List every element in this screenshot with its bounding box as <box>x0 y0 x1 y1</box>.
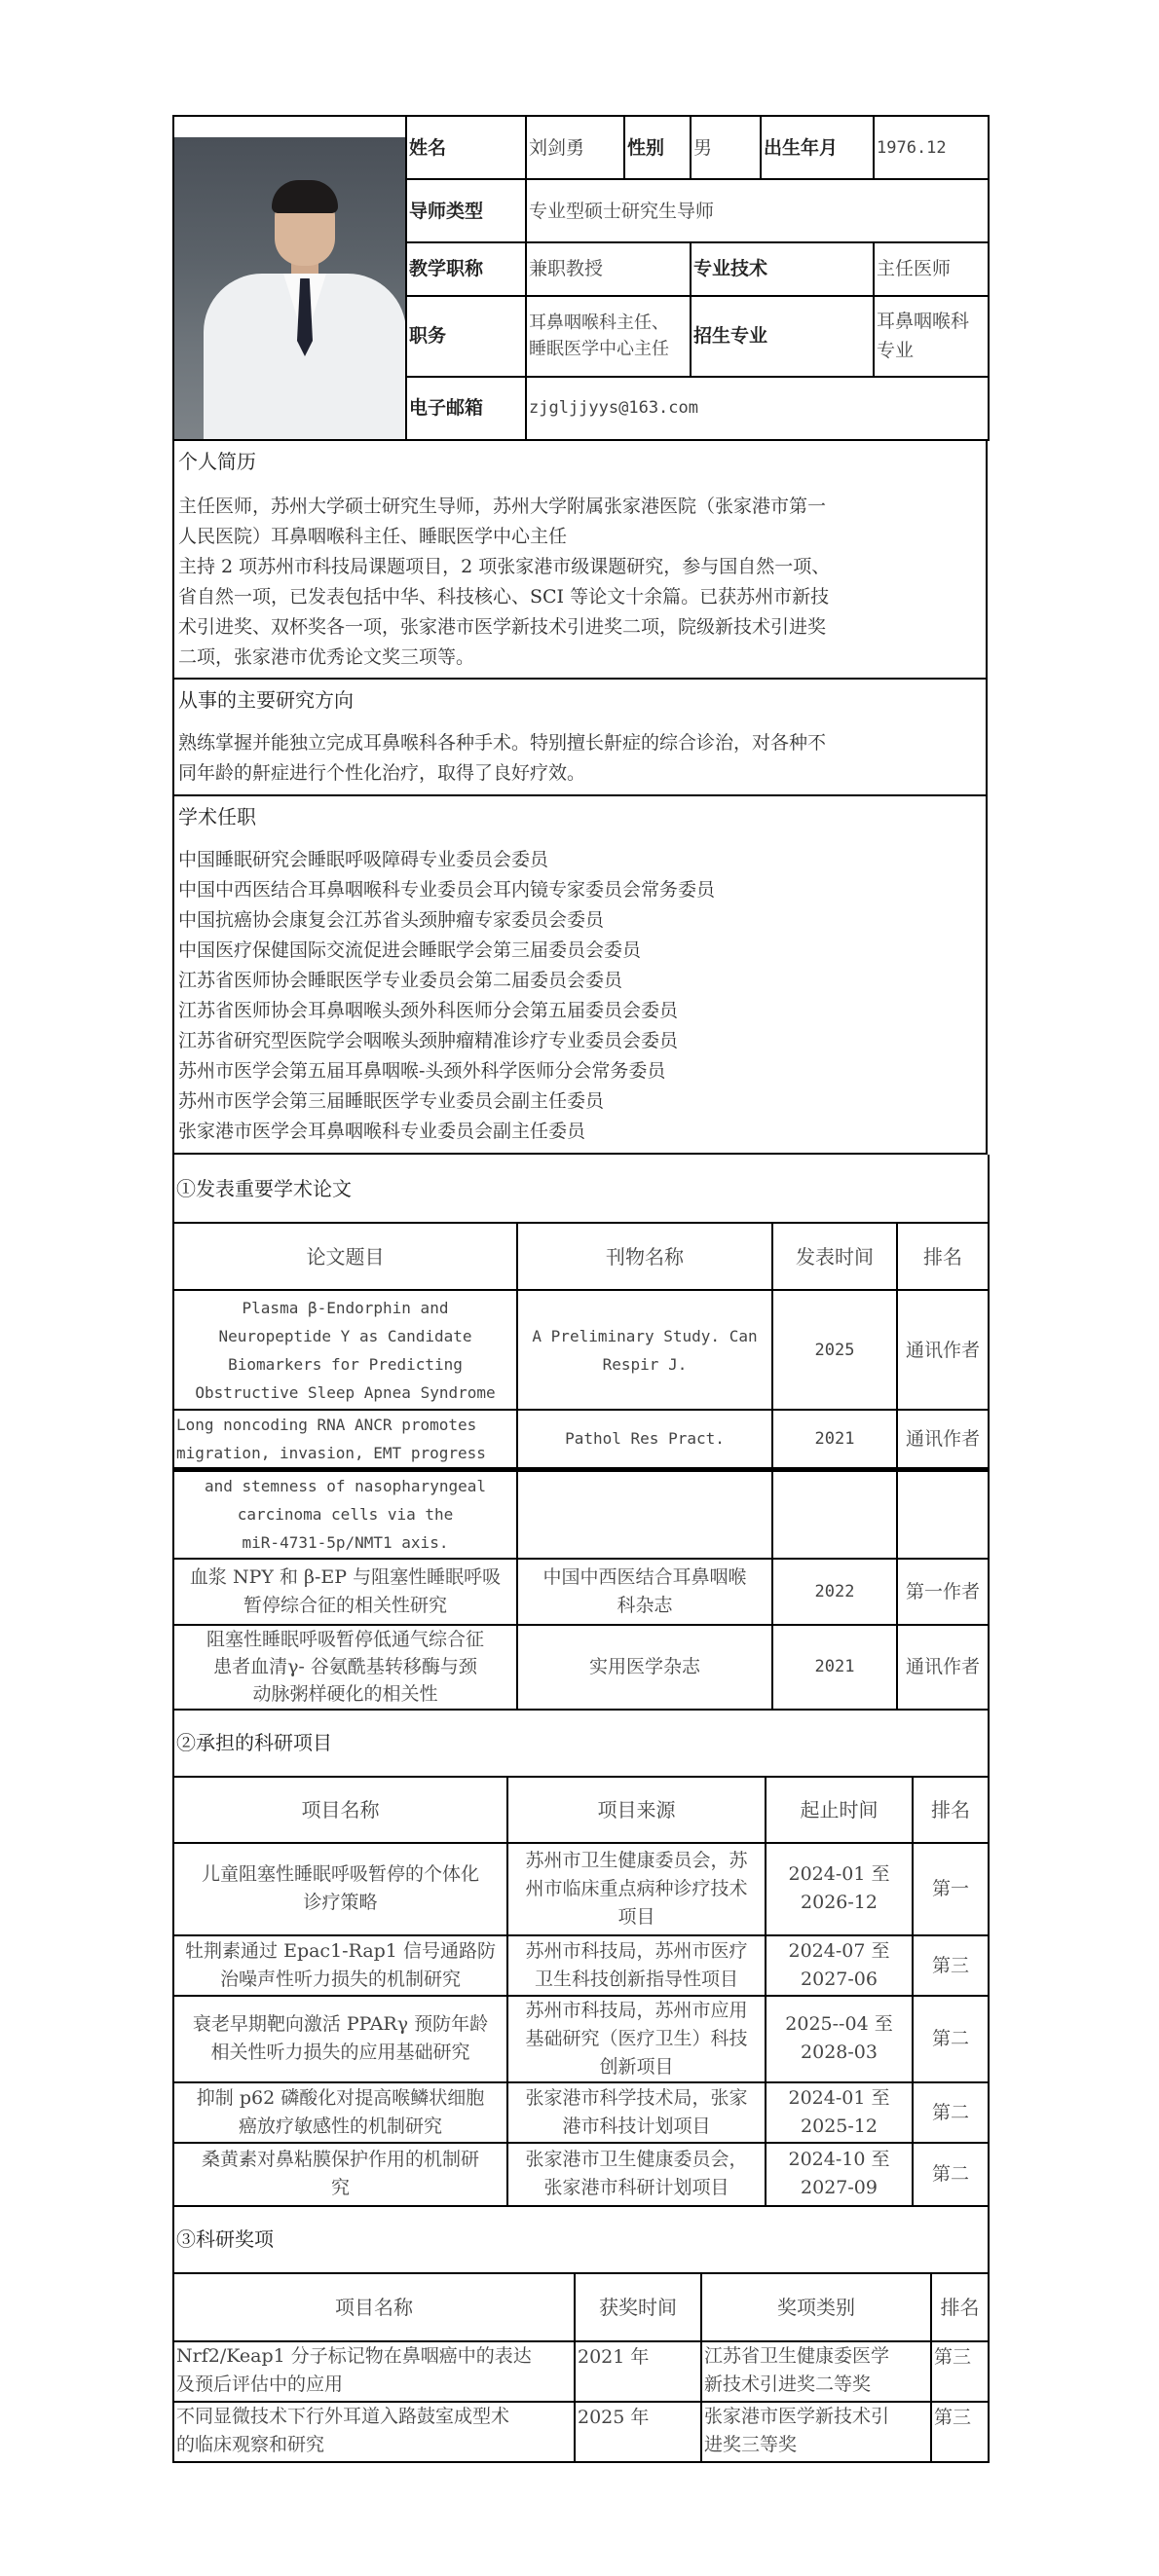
papers-table: ①发表重要学术论文 论文题目 刊物名称 发表时间 排名 Plasma β-End… <box>172 1155 990 1711</box>
appointment-item: 中国医疗保健国际交流促进会睡眠学会第三届委员会委员 <box>178 936 982 966</box>
resume-line: 主任医师，苏州大学硕士研究生导师，苏州大学附属张家港医院（张家港市第一 <box>178 492 982 522</box>
appointment-item: 苏州市医学会第五届耳鼻咽喉-头颈外科学医师分会常务委员 <box>178 1056 982 1086</box>
awards-header-year: 获奖时间 <box>575 2273 701 2341</box>
projects-title: ②承担的科研项目 <box>173 1711 989 1777</box>
award-name-line: Nrf2/Keap1 分子标记物在鼻咽癌中的表达 <box>176 2342 572 2371</box>
award-category-line: 江苏省卫生健康委医学 <box>704 2342 928 2371</box>
award-name-line: 不同显微技术下行外耳道入路鼓室成型术 <box>176 2403 572 2431</box>
appointment-item: 江苏省研究型医院学会咽喉头颈肿瘤精准诊疗专业委员会委员 <box>178 1026 982 1056</box>
projects-header-source: 项目来源 <box>507 1777 766 1843</box>
award-name-line: 及预后评估中的应用 <box>176 2371 572 2399</box>
award-category-line: 张家港市医学新技术引 <box>704 2403 928 2431</box>
paper-row: Plasma β-Endorphin and Neuropeptide Y as… <box>173 1290 989 1410</box>
paper-rank: 通讯作者 <box>897 1410 989 1470</box>
position-label: 职务 <box>406 296 526 377</box>
paper-year: 2021 <box>772 1625 897 1710</box>
paper-title-line: Biomarkers for Predicting <box>176 1350 514 1379</box>
project-name-line: 究 <box>176 2174 505 2202</box>
project-name-line: 相关性听力损失的应用基础研究 <box>176 2039 505 2067</box>
paper-title-line: Neuropeptide Y as Candidate <box>176 1322 514 1350</box>
paper-title-line: Long noncoding RNA ANCR promotes <box>176 1411 514 1439</box>
tech-title-value: 主任医师 <box>874 242 989 295</box>
paper-journal <box>517 1470 772 1559</box>
award-category-line: 新技术引进奖二等奖 <box>704 2371 928 2399</box>
paper-journal-line: A Preliminary Study. Can <box>520 1322 769 1350</box>
appointment-item: 张家港市医学会耳鼻咽喉科专业委员会副主任委员 <box>178 1117 982 1147</box>
project-source-line: 张家港市科研计划项目 <box>510 2174 763 2202</box>
paper-rank: 通讯作者 <box>897 1625 989 1710</box>
project-period-line: 2025-12 <box>768 2113 910 2141</box>
project-period-line: 2024-07 至 <box>768 1937 910 1966</box>
project-source-line: 州市临床重点病种诊疗技术 <box>510 1875 763 1903</box>
project-name-line: 抑制 p62 磷酸化对提高喉鳞状细胞 <box>176 2084 505 2113</box>
project-source-line: 苏州市科技局，苏州市医疗 <box>510 1937 763 1966</box>
name-label: 姓名 <box>406 116 526 179</box>
project-rank: 第二 <box>913 2082 989 2143</box>
awards-header-category: 奖项类别 <box>701 2273 931 2341</box>
project-period-line: 2028-03 <box>768 2039 910 2067</box>
name-value: 刘剑勇 <box>526 116 624 179</box>
award-year: 2021 年 <box>575 2341 701 2402</box>
paper-journal-line: Pathol Res Pract. <box>520 1424 769 1454</box>
award-year: 2025 年 <box>575 2402 701 2462</box>
project-source-line: 苏州市卫生健康委员会，苏 <box>510 1847 763 1875</box>
resume-line: 主持 2 项苏州市科技局课题项目，2 项张家港市级课题研究，参与国自然一项、 <box>178 552 982 582</box>
birth-value: 1976.12 <box>874 116 989 179</box>
paper-row: 血浆 NPY 和 β-EP 与阻塞性睡眠呼吸 暂停综合征的相关性研究 中国中西医… <box>173 1559 989 1625</box>
project-rank: 第三 <box>913 1935 989 1996</box>
email-value: zjgljjyys@163.com <box>526 377 989 440</box>
paper-title-line: Plasma β-Endorphin and <box>176 1294 514 1322</box>
award-category-line: 进奖三等奖 <box>704 2431 928 2459</box>
paper-journal-line: Respir J. <box>520 1350 769 1379</box>
paper-row: Long noncoding RNA ANCR promotes migrati… <box>173 1410 989 1470</box>
awards-title: ③科研奖项 <box>173 2207 989 2273</box>
project-period-line: 2026-12 <box>768 1889 910 1917</box>
birth-label: 出生年月 <box>761 116 874 179</box>
paper-row: 阻塞性睡眠呼吸暂停低通气综合征 患者血清γ- 谷氨酰基转移酶与颈 动脉粥样硬化的… <box>173 1625 989 1710</box>
project-period-line: 2024-01 至 <box>768 1860 910 1889</box>
project-name-line: 衰老早期靶向激活 PPARγ 预防年龄 <box>176 2010 505 2039</box>
resume-line: 术引进奖、双杯奖各一项，张家港市医学新技术引进奖二项，院级新技术引进奖 <box>178 612 982 643</box>
award-name-line: 的临床观察和研究 <box>176 2431 572 2459</box>
project-row: 衰老早期靶向激活 PPARγ 预防年龄 相关性听力损失的应用基础研究 苏州市科技… <box>173 1996 989 2082</box>
projects-header-period: 起止时间 <box>766 1777 913 1843</box>
projects-header-rank: 排名 <box>913 1777 989 1843</box>
paper-rank: 通讯作者 <box>897 1290 989 1410</box>
paper-row-continued: and stemness of nasopharyngeal carcinoma… <box>173 1470 989 1559</box>
project-name-line: 治噪声性听力损失的机制研究 <box>176 1966 505 1994</box>
major-value: 耳鼻咽喉科专业 <box>874 296 989 377</box>
awards-header-rank: 排名 <box>931 2273 989 2341</box>
project-source-line: 项目 <box>510 1903 763 1932</box>
resume-section: 个人简历 主任医师，苏州大学硕士研究生导师，苏州大学附属张家港医院（张家港市第一… <box>172 441 988 680</box>
appointments-title: 学术任职 <box>176 796 984 833</box>
project-source-line: 卫生科技创新指导性项目 <box>510 1966 763 1994</box>
major-label: 招生专业 <box>691 296 874 377</box>
mentor-profile-document: 姓名 刘剑勇 性别 男 出生年月 1976.12 导师类型 专业型硕士研究生导师… <box>172 115 988 2463</box>
portrait-photo <box>173 116 406 440</box>
teaching-title-label: 教学职称 <box>406 242 526 295</box>
project-period-line: 2024-10 至 <box>768 2146 910 2174</box>
gender-value: 男 <box>691 116 761 179</box>
project-period-line: 2027-06 <box>768 1966 910 1994</box>
mentor-type-label: 导师类型 <box>406 179 526 242</box>
paper-year: 2025 <box>772 1290 897 1410</box>
project-source-line: 港市科技计划项目 <box>510 2113 763 2141</box>
project-name-line: 诊疗策略 <box>176 1889 505 1917</box>
award-row: Nrf2/Keap1 分子标记物在鼻咽癌中的表达 及预后评估中的应用 2021 … <box>173 2341 989 2402</box>
project-source-line: 基础研究（医疗卫生）科技 <box>510 2025 763 2053</box>
project-name-line: 癌放疗敏感性的机制研究 <box>176 2113 505 2141</box>
resume-line: 省自然一项，已发表包括中华、科技核心、SCI 等论文十余篇。已获苏州市新技 <box>178 582 982 612</box>
appointment-item: 江苏省医师协会耳鼻咽喉头颈外科医师分会第五届委员会委员 <box>178 996 982 1026</box>
portrait-image <box>174 137 405 439</box>
papers-header-rank: 排名 <box>897 1223 989 1290</box>
email-label: 电子邮箱 <box>406 377 526 440</box>
resume-title: 个人简历 <box>176 441 984 478</box>
paper-journal-line: 实用医学杂志 <box>520 1652 769 1681</box>
paper-title-line: carcinoma cells via the <box>176 1500 514 1528</box>
paper-title-line: 阻塞性睡眠呼吸暂停低通气综合征 <box>176 1626 514 1653</box>
paper-title-line: 动脉粥样硬化的相关性 <box>176 1680 514 1708</box>
project-name-line: 儿童阻塞性睡眠呼吸暂停的个体化 <box>176 1860 505 1889</box>
appointments-section: 学术任职 中国睡眠研究会睡眠呼吸障碍专业委员会委员 中国中西医结合耳鼻咽喉科专业… <box>172 796 988 1155</box>
paper-title-line: 患者血清γ- 谷氨酰基转移酶与颈 <box>176 1653 514 1680</box>
project-name-line: 牡荆素通过 Epac1-Rap1 信号通路防 <box>176 1937 505 1966</box>
position-line: 耳鼻咽喉科主任、 <box>529 310 688 336</box>
research-line: 同年龄的鼾症进行个性化治疗，取得了良好疗效。 <box>178 758 982 789</box>
paper-year: 2021 <box>772 1410 897 1470</box>
profile-table: 姓名 刘剑勇 性别 男 出生年月 1976.12 导师类型 专业型硕士研究生导师… <box>172 115 990 441</box>
position-value: 耳鼻咽喉科主任、 睡眠医学中心主任 <box>526 296 691 377</box>
teaching-title-value: 兼职教授 <box>526 242 691 295</box>
project-rank: 第二 <box>913 2143 989 2206</box>
paper-journal-line: 中国中西医结合耳鼻咽喉 <box>520 1564 769 1592</box>
project-row: 桑黄素对鼻粘膜保护作用的机制研 究 张家港市卫生健康委员会， 张家港市科研计划项… <box>173 2143 989 2206</box>
paper-title-line: migration, invasion, EMT progress <box>176 1439 514 1467</box>
mentor-type-value: 专业型硕士研究生导师 <box>526 179 989 242</box>
project-row: 抑制 p62 磷酸化对提高喉鳞状细胞 癌放疗敏感性的机制研究 张家港市科学技术局… <box>173 2082 989 2143</box>
paper-title-line: 暂停综合征的相关性研究 <box>176 1592 514 1620</box>
position-line: 睡眠医学中心主任 <box>529 336 688 362</box>
gender-label: 性别 <box>624 116 691 179</box>
papers-title: ①发表重要学术论文 <box>173 1155 989 1223</box>
project-row: 儿童阻塞性睡眠呼吸暂停的个体化 诊疗策略 苏州市卫生健康委员会，苏 州市临床重点… <box>173 1843 989 1935</box>
paper-rank: 第一作者 <box>897 1559 989 1625</box>
awards-header-name: 项目名称 <box>173 2273 575 2341</box>
project-source-line: 张家港市科学技术局，张家 <box>510 2084 763 2113</box>
project-period-line: 2027-09 <box>768 2174 910 2202</box>
paper-title-line: and stemness of nasopharyngeal <box>176 1472 514 1500</box>
paper-journal-line: 科杂志 <box>520 1592 769 1620</box>
project-period-line: 2024-01 至 <box>768 2084 910 2113</box>
paper-title-line: 血浆 NPY 和 β-EP 与阻塞性睡眠呼吸 <box>176 1564 514 1592</box>
paper-title-line: miR-4731-5p/NMT1 axis. <box>176 1528 514 1557</box>
paper-rank <box>897 1470 989 1559</box>
projects-table: ②承担的科研项目 项目名称 项目来源 起止时间 排名 儿童阻塞性睡眠呼吸暂停的个… <box>172 1711 990 2207</box>
award-rank: 第三 <box>931 2341 989 2402</box>
projects-header-name: 项目名称 <box>173 1777 507 1843</box>
tech-title-label: 专业技术 <box>691 242 874 295</box>
papers-header-title: 论文题目 <box>173 1223 517 1290</box>
project-row: 牡荆素通过 Epac1-Rap1 信号通路防 治噪声性听力损失的机制研究 苏州市… <box>173 1935 989 1996</box>
paper-year: 2022 <box>772 1559 897 1625</box>
research-title: 从事的主要研究方向 <box>176 680 984 717</box>
research-line: 熟练掌握并能独立完成耳鼻喉科各种手术。特别擅长鼾症的综合诊治，对各种不 <box>178 728 982 758</box>
appointment-item: 苏州市医学会第三届睡眠医学专业委员会副主任委员 <box>178 1086 982 1117</box>
appointment-item: 江苏省医师协会睡眠医学专业委员会第二届委员会委员 <box>178 966 982 996</box>
paper-year <box>772 1470 897 1559</box>
award-row: 不同显微技术下行外耳道入路鼓室成型术 的临床观察和研究 2025 年 张家港市医… <box>173 2402 989 2462</box>
appointment-item: 中国睡眠研究会睡眠呼吸障碍专业委员会委员 <box>178 845 982 875</box>
project-rank: 第一 <box>913 1843 989 1935</box>
project-source-line: 苏州市科技局，苏州市应用 <box>510 1997 763 2025</box>
project-source-line: 张家港市卫生健康委员会， <box>510 2146 763 2174</box>
project-source-line: 创新项目 <box>510 2053 763 2081</box>
resume-line: 人民医院）耳鼻咽喉科主任、睡眠医学中心主任 <box>178 522 982 552</box>
appointment-item: 中国中西医结合耳鼻咽喉科专业委员会耳内镜专家委员会常务委员 <box>178 875 982 905</box>
project-name-line: 桑黄素对鼻粘膜保护作用的机制研 <box>176 2146 505 2174</box>
resume-line: 二项，张家港市优秀论文奖三项等。 <box>178 643 982 673</box>
award-rank: 第三 <box>931 2402 989 2462</box>
appointment-item: 中国抗癌协会康复会江苏省头颈肿瘤专家委员会委员 <box>178 905 982 936</box>
project-period-line: 2025--04 至 <box>768 2010 910 2039</box>
project-rank: 第二 <box>913 1996 989 2082</box>
awards-table: ③科研奖项 项目名称 获奖时间 奖项类别 排名 Nrf2/Keap1 分子标记物… <box>172 2207 990 2463</box>
research-section: 从事的主要研究方向 熟练掌握并能独立完成耳鼻喉科各种手术。特别擅长鼾症的综合诊治… <box>172 680 988 796</box>
papers-header-year: 发表时间 <box>772 1223 897 1290</box>
paper-title-line: Obstructive Sleep Apnea Syndrome <box>176 1379 514 1407</box>
papers-header-journal: 刊物名称 <box>517 1223 772 1290</box>
